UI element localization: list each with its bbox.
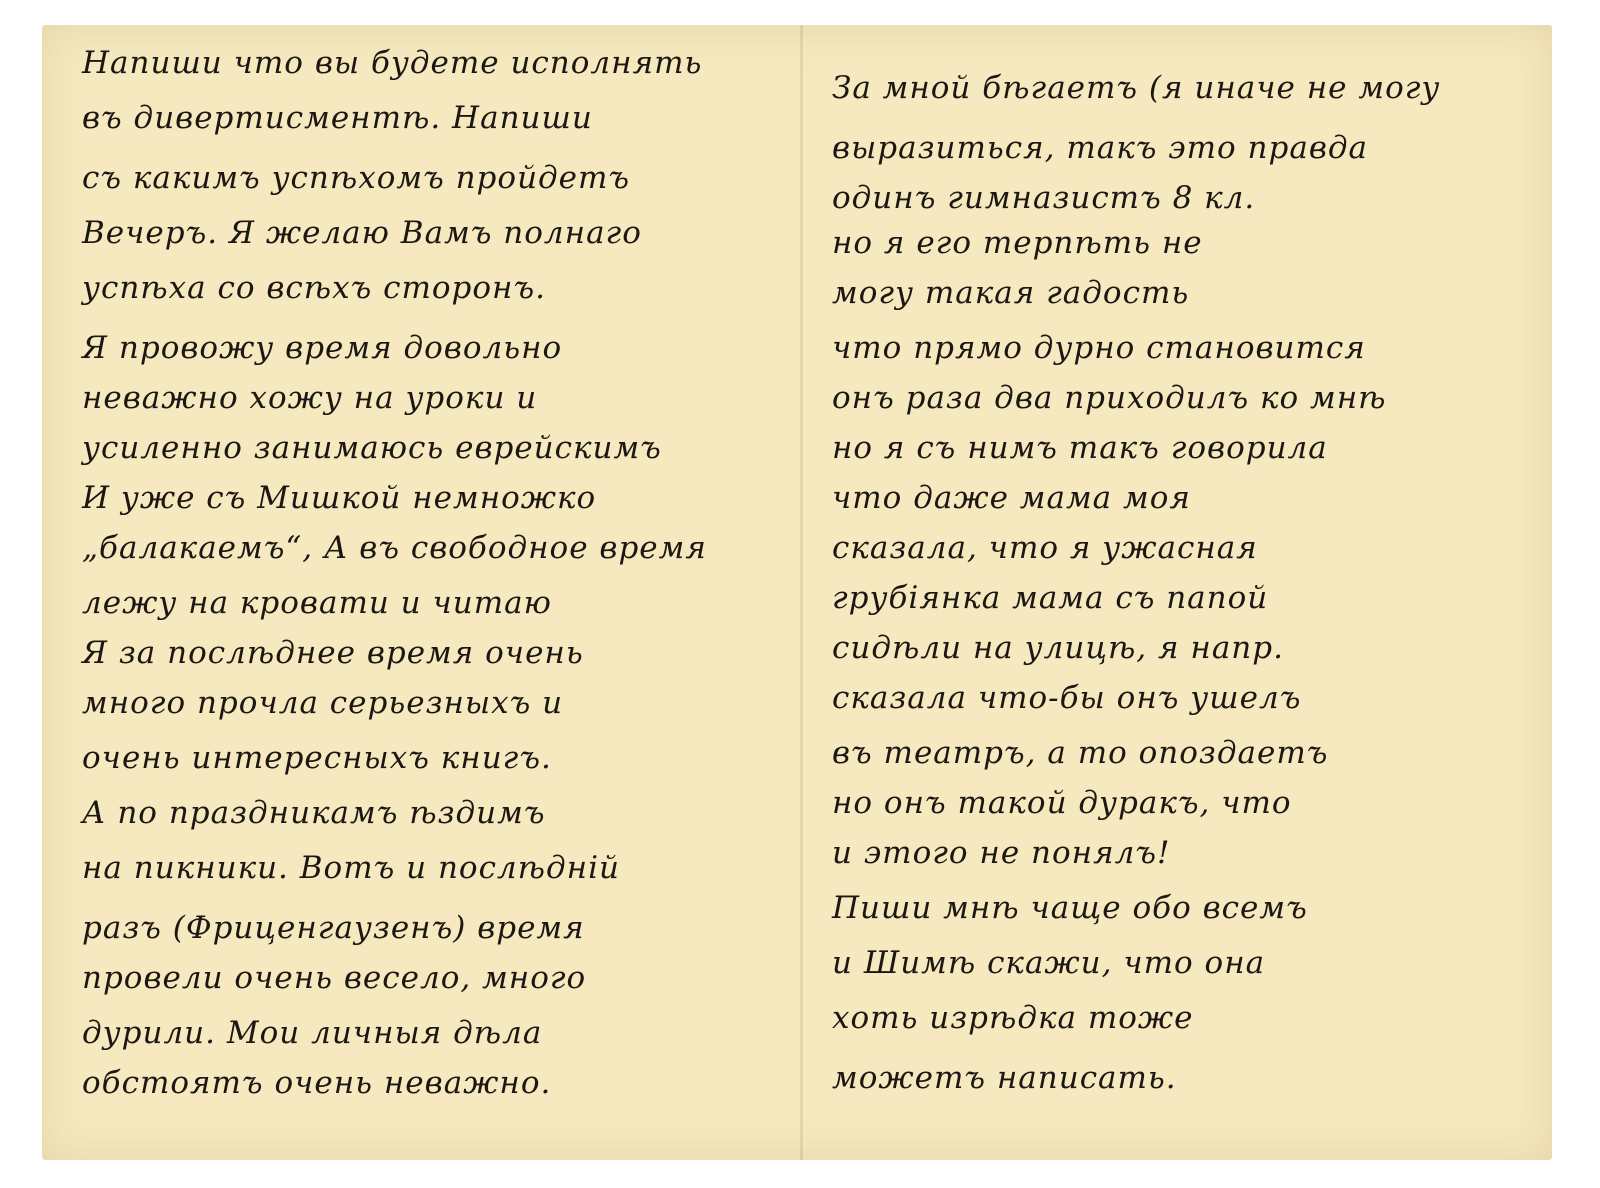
- letter-line: можетъ написать.: [832, 1060, 1177, 1096]
- letter-line: Я за послѣднее время очень: [82, 635, 584, 671]
- left-page: Напиши что вы будете исполнять въ диверт…: [42, 25, 802, 1160]
- letter-line: съ какимъ успѣхомъ пройдетъ: [82, 160, 630, 196]
- letter-line: дурили. Мои личныя дѣла: [82, 1015, 542, 1051]
- letter-line: Вечеръ. Я желаю Вамъ полнаго: [82, 215, 642, 251]
- letter-line: сидѣли на улицѣ, я напр.: [832, 630, 1284, 666]
- letter-line: могу такая гадость: [832, 275, 1189, 311]
- letter-line: хоть изрѣдка тоже: [832, 1000, 1193, 1036]
- letter-line: но я его терпѣть не: [832, 225, 1203, 261]
- letter-line: Я провожу время довольно: [82, 330, 562, 366]
- letter-line: но онъ такой дуракъ, что: [832, 785, 1292, 821]
- letter-line: и Шимѣ скажи, что она: [832, 945, 1265, 981]
- letter-line: успѣха со всѣхъ сторонъ.: [82, 270, 546, 306]
- letter-line: одинъ гимназистъ 8 кл.: [832, 180, 1255, 216]
- letter-line: но я съ нимъ такъ говорила: [832, 430, 1328, 466]
- letter-line: провели очень весело, много: [82, 960, 586, 996]
- letter-line: что прямо дурно становится: [832, 330, 1366, 366]
- letter-line: очень интересныхъ книгъ.: [82, 740, 552, 776]
- letter-line: въ дивертисментѣ. Напиши: [82, 100, 593, 136]
- letter-line: сказала что-бы онъ ушелъ: [832, 680, 1301, 716]
- letter-sheet: Напиши что вы будете исполнять въ диверт…: [42, 25, 1552, 1160]
- letter-line: въ театръ, а то опоздаетъ: [832, 735, 1328, 771]
- letter-line: А по праздникамъ ѣздимъ: [82, 795, 546, 831]
- letter-line: разъ (Фриценгаузенъ) время: [82, 910, 585, 946]
- letter-line: что даже мама моя: [832, 480, 1191, 516]
- letter-line: на пикники. Вотъ и послѣдній: [82, 850, 620, 886]
- right-page: За мной бѣгаетъ (я иначе не могу выразит…: [802, 25, 1552, 1160]
- letter-line: Напиши что вы будете исполнять: [82, 45, 702, 81]
- letter-line: сказала, что я ужасная: [832, 530, 1258, 566]
- letter-line: онъ раза два приходилъ ко мнѣ: [832, 380, 1387, 416]
- letter-line: много прочла серьезныхъ и: [82, 685, 563, 721]
- letter-line: И уже съ Мишкой немножко: [82, 480, 596, 516]
- letter-line: „балакаемъ“, А въ свободное время: [82, 530, 707, 566]
- letter-line: Пиши мнѣ чаще обо всемъ: [832, 890, 1308, 926]
- letter-line: и этого не понялъ!: [832, 835, 1170, 871]
- letter-line: обстоятъ очень неважно.: [82, 1065, 551, 1101]
- letter-line: лежу на кровати и читаю: [82, 585, 552, 621]
- letter-line: выразиться, такъ это правда: [832, 130, 1368, 166]
- letter-line: За мной бѣгаетъ (я иначе не могу: [832, 70, 1440, 106]
- letter-line: усиленно занимаюсь еврейскимъ: [82, 430, 662, 466]
- letter-line: грубіянка мама съ папой: [832, 580, 1268, 616]
- letter-line: неважно хожу на уроки и: [82, 380, 537, 416]
